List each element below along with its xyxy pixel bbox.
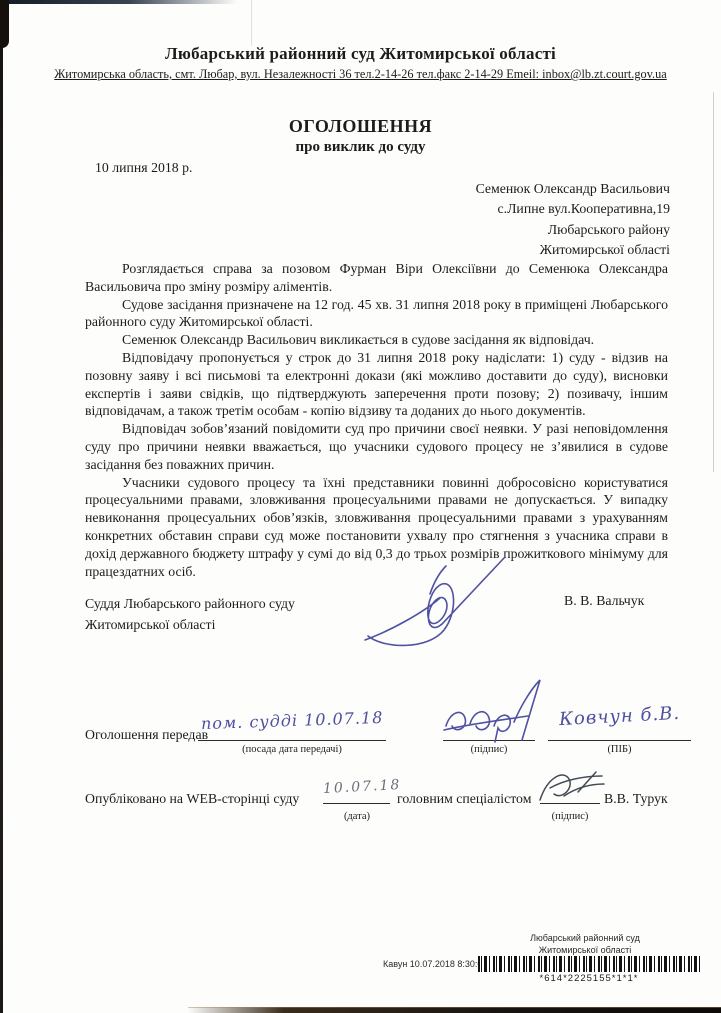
judge-title: Суддя Любарського районного суду Житомир… [85, 593, 295, 635]
scan-corner-top-left [0, 0, 9, 48]
addressee-district: Любарського району [380, 220, 670, 240]
handwritten-name: Ковчун б.В. [558, 703, 680, 730]
document-title: ОГОЛОШЕННЯ [0, 116, 721, 137]
document-body: Розглядається справа за позовом Фурман В… [85, 260, 668, 580]
stamp-court-line2: Житомирської області [455, 945, 715, 957]
addressee-block: Семенюк Олександр Васильович с.Липне вул… [380, 179, 670, 260]
judge-name: В. В. Вальчук [564, 593, 644, 609]
transfer-position-date-caption: (посада дата передачі) [198, 744, 386, 755]
publish-specialist-name: В.В. Турук [604, 791, 668, 807]
transfer-position-date-field: пом. судді 10.07.18 [198, 704, 386, 741]
transfer-name-caption: (ПІБ) [548, 744, 691, 755]
scanned-court-document: Любарський районний суд Житомирської обл… [0, 0, 721, 1013]
body-paragraph: Відповідачу пропонується у строк до 31 л… [85, 349, 668, 420]
stamp-court-line1: Любарський районний суд [455, 933, 715, 945]
transfer-signature [440, 678, 550, 744]
judge-signature [358, 550, 510, 662]
transfer-signature-caption: (підпис) [443, 744, 535, 755]
scan-edge-bottom [188, 1007, 721, 1013]
court-name: Любарський районний суд Житомирської обл… [0, 44, 721, 64]
publish-date-caption: (дата) [312, 811, 402, 822]
judge-title-line2: Житомирської області [85, 614, 295, 635]
publish-label-prefix: Опубліковано на WEB-сторінці суду [85, 791, 299, 807]
scan-edge-top [0, 0, 237, 4]
body-paragraph: Судове засідання призначене на 12 год. 4… [85, 296, 668, 332]
handwritten-position-date: пом. судді 10.07.18 [201, 708, 384, 733]
document-date: 10 липня 2018 р. [95, 160, 192, 176]
addressee-region: Житомирської області [380, 240, 670, 260]
document-subtitle: про виклик до суду [0, 139, 721, 156]
judge-title-line1: Суддя Любарського районного суду [85, 593, 295, 614]
stamp-court-name: Любарський районний суд Житомирської обл… [455, 933, 715, 956]
transfer-label: Оголошення передав [85, 727, 208, 743]
stamp-operator-timestamp: Кавун 10.07.2018 8:30:03 [383, 959, 487, 969]
handwritten-publish-date: 10.07.18 [323, 777, 402, 797]
body-paragraph: Семенюк Олександр Васильович викликаєтьс… [85, 331, 668, 349]
scan-fold-line-top [251, 0, 252, 46]
publish-date-field: 10.07.18 [323, 775, 390, 804]
publish-signature [534, 766, 608, 806]
publish-signature-caption: (підпис) [527, 811, 613, 822]
body-paragraph: Відповідач зобов’язаний повідомити суд п… [85, 420, 668, 473]
barcode [478, 956, 700, 972]
addressee-street: с.Липне вул.Кооперативна,19 [380, 199, 670, 219]
court-address-line: Житомирська область, смт. Любар, вул. Не… [0, 67, 721, 82]
transfer-name-field: Ковчун б.В. [548, 702, 691, 741]
body-paragraph: Розглядається справа за позовом Фурман В… [85, 260, 668, 296]
publish-label-middle: головним спеціалістом [397, 791, 531, 807]
addressee-name: Семенюк Олександр Васильович [380, 179, 670, 199]
document-header: Любарський районний суд Житомирської обл… [0, 44, 721, 82]
barcode-number: *614*2225155*1*1* [478, 973, 700, 984]
